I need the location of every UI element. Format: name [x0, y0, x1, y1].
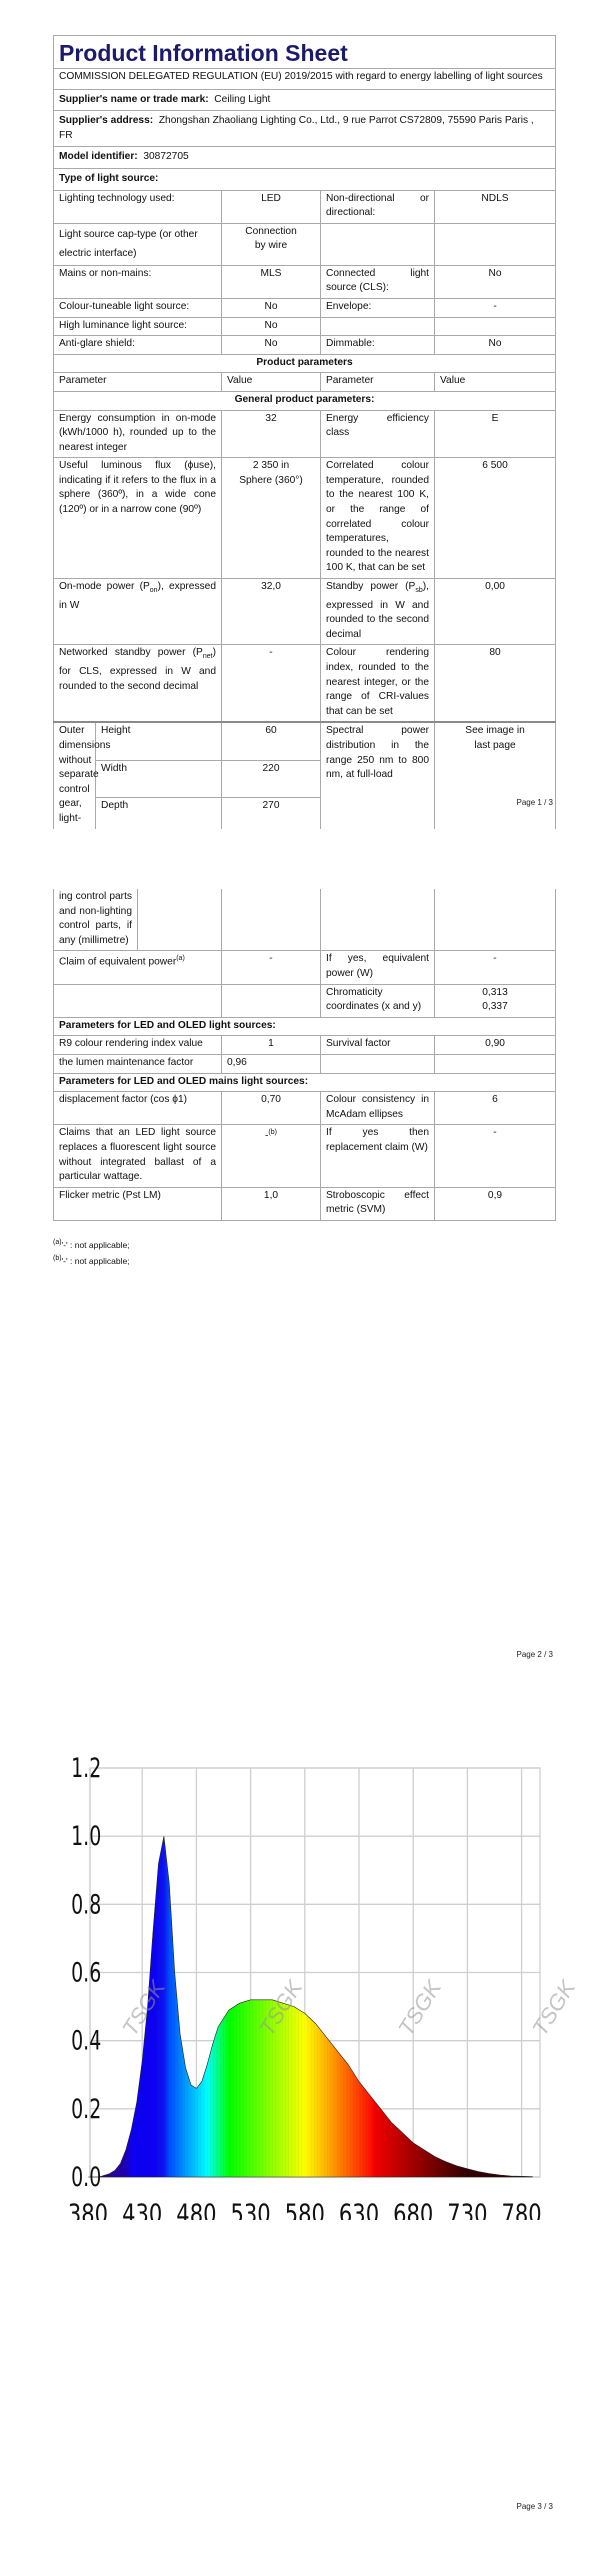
r9-value: 1	[222, 1036, 321, 1055]
param-row: Claims that an LED light source replaces…	[54, 1125, 556, 1187]
svg-text:780: 780	[502, 2198, 542, 2220]
type-of-light-source-label: Type of light source:	[54, 168, 556, 190]
model-label: Model identifier:	[59, 151, 138, 162]
light-source-row: High luminance light source: No	[54, 317, 556, 336]
svg-text:480: 480	[176, 2198, 216, 2220]
model-identifier: 30872705	[143, 151, 188, 162]
cri-value: 80	[435, 645, 556, 722]
supplier-name-label: Supplier's name or trade mark:	[59, 94, 209, 105]
standby-power-value: 0,00	[435, 579, 556, 645]
energy-class-value: E	[435, 410, 556, 458]
svg-text:0.4: 0.4	[71, 2025, 101, 2056]
page-number: Page 2 / 3	[517, 1650, 553, 1659]
svm-value: 0,9	[435, 1187, 556, 1220]
param-row: displacement factor (cos ϕ1) 0,70 Colour…	[54, 1092, 556, 1125]
general-parameters-heading: General product parameters:	[54, 391, 556, 410]
mains-parameters-heading: Parameters for LED and OLED mains light …	[54, 1073, 556, 1092]
networked-standby-value: -	[222, 645, 321, 722]
supplier-name: Ceiling Light	[214, 94, 270, 105]
light-source-row: Lighting technology used: LED Non-direct…	[54, 190, 556, 223]
lumen-maintenance-value: 0,96	[222, 1054, 321, 1073]
led-parameters-heading: Parameters for LED and OLED light source…	[54, 1017, 556, 1036]
page-number: Page 3 / 3	[517, 2502, 553, 2511]
supplier-address-label: Supplier's address:	[59, 115, 153, 126]
svg-text:530: 530	[231, 2198, 271, 2220]
svg-text:TSGK: TSGK	[393, 1975, 447, 2040]
colour-consistency-value: 6	[435, 1092, 556, 1125]
luminous-flux-value: 2 350 in Sphere (360°)	[222, 458, 321, 579]
light-source-row: Colour-tuneable light source: No Envelop…	[54, 298, 556, 317]
param-row: Useful luminous flux (ϕuse), indicating …	[54, 458, 556, 579]
product-info-table-page-1: Product Information Sheet COMMISSION DEL…	[53, 35, 556, 829]
equivalent-power-claim-value: -	[222, 951, 321, 984]
svg-text:730: 730	[447, 2198, 487, 2220]
regulation-text: COMMISSION DELEGATED REGULATION (EU) 201…	[54, 69, 556, 90]
spd-value: See image in last page	[435, 722, 556, 828]
param-row: Claim of equivalent power(a) - If yes, e…	[54, 951, 556, 984]
cct-value: 6 500	[435, 458, 556, 579]
svg-text:580: 580	[285, 2198, 325, 2220]
param-row: R9 colour rendering index value 1 Surviv…	[54, 1036, 556, 1055]
svg-text:0.0: 0.0	[71, 2161, 101, 2192]
footnote: (a)'-' : not applicable;	[53, 1236, 130, 1252]
height-value: 60	[222, 722, 321, 760]
dimensions-continued-row: ing control parts and non-lighting contr…	[54, 889, 556, 951]
replacement-w-value: -	[435, 1125, 556, 1187]
replacement-claim-value: -(b)	[222, 1125, 321, 1187]
light-source-row: Anti-glare shield: No Dimmable: No	[54, 336, 556, 355]
product-info-table-page-2: ing control parts and non-lighting contr…	[53, 889, 556, 1221]
svg-text:630: 630	[339, 2198, 379, 2220]
param-row: Chromaticity coordinates (x and y) 0,313…	[54, 984, 556, 1017]
displacement-factor-value: 0,70	[222, 1092, 321, 1125]
light-source-row: Light source cap-type (or other electric…	[54, 223, 556, 265]
dimensions-row: Outer dimensions without separate contro…	[54, 722, 556, 760]
equivalent-power-value: -	[435, 951, 556, 984]
page-title: Product Information Sheet	[54, 36, 556, 69]
svg-text:380: 380	[68, 2198, 108, 2220]
svg-text:430: 430	[122, 2198, 162, 2220]
flicker-value: 1,0	[222, 1187, 321, 1220]
svg-text:0.6: 0.6	[71, 1957, 101, 1988]
svg-text:1.2: 1.2	[71, 1752, 101, 1783]
light-source-row: Mains or non-mains: MLS Connected light …	[54, 265, 556, 298]
param-row: Energy consumption in on-mode (kWh/1000 …	[54, 410, 556, 458]
energy-consumption-value: 32	[222, 410, 321, 458]
page-number: Page 1 / 3	[517, 798, 553, 807]
column-headers: Parameter Value Parameter Value	[54, 373, 556, 392]
svg-text:TSGK: TSGK	[527, 1975, 581, 2040]
svg-text:0.2: 0.2	[71, 2093, 101, 2124]
svg-text:1.0: 1.0	[71, 1821, 101, 1852]
svg-text:680: 680	[393, 2198, 433, 2220]
param-row: Flicker metric (Pst LM) 1,0 Stroboscopic…	[54, 1187, 556, 1220]
depth-value: 270	[222, 797, 321, 829]
spectral-power-distribution-chart: TSGKTSGKTSGKTSGK0.00.20.40.60.81.01.2380…	[0, 1740, 604, 2220]
chromaticity-value: 0,3130,337	[435, 984, 556, 1017]
param-row: On-mode power (Pon), expressed in W 32,0…	[54, 579, 556, 645]
param-row: Networked standby power (Pnet) for CLS, …	[54, 645, 556, 722]
survival-factor-value: 0,90	[435, 1036, 556, 1055]
product-parameters-heading: Product parameters	[54, 354, 556, 373]
svg-text:0.8: 0.8	[71, 1889, 101, 1920]
width-value: 220	[222, 760, 321, 797]
on-mode-power-value: 32,0	[222, 579, 321, 645]
footnote: (b)'-' : not applicable;	[53, 1252, 130, 1268]
param-row: the lumen maintenance factor 0,96	[54, 1054, 556, 1073]
